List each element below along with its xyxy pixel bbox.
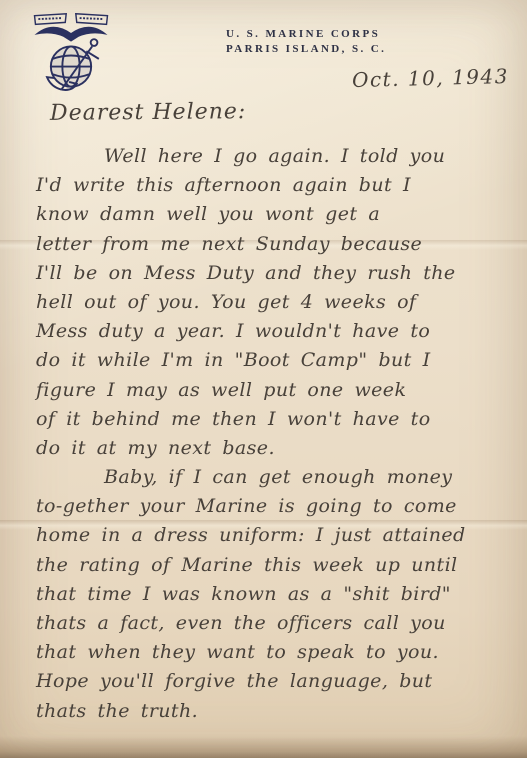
- usmc-eagle-globe-anchor-icon: [22, 8, 120, 104]
- letterhead: U. S. MARINE CORPS PARRIS ISLAND, S. C.: [226, 27, 386, 57]
- org-location: PARRIS ISLAND, S. C.: [226, 42, 386, 57]
- handwritten-line: do it at my next base.: [36, 434, 504, 463]
- org-name: U. S. MARINE CORPS: [226, 27, 386, 42]
- paragraph-2: Baby, if I can get enough money to-gethe…: [36, 463, 504, 726]
- handwritten-line: that when they want to speak to you.: [36, 638, 504, 667]
- handwritten-line: I'll be on Mess Duty and they rush the: [36, 259, 504, 288]
- handwritten-line: to-gether your Marine is going to come: [36, 492, 504, 521]
- handwritten-line: Mess duty a year. I wouldn't have to: [36, 317, 504, 346]
- handwritten-line: I'd write this afternoon again but I: [36, 171, 504, 200]
- handwritten-line: the rating of Marine this week up until: [36, 551, 504, 580]
- handwritten-line: that time I was known as a "shit bird": [36, 580, 504, 609]
- handwritten-line: letter from me next Sunday because: [36, 230, 504, 259]
- handwritten-line: Hope you'll forgive the language, but: [36, 667, 504, 696]
- handwritten-line: of it behind me then I won't have to: [36, 405, 504, 434]
- handwritten-line: know damn well you wont get a: [36, 200, 504, 229]
- handwritten-line: Baby, if I can get enough money: [36, 463, 504, 492]
- handwritten-line: figure I may as well put one week: [36, 376, 504, 405]
- letter-page: U. S. MARINE CORPS PARRIS ISLAND, S. C. …: [0, 0, 527, 758]
- letter-body: Well here I go again. I told you I'd wri…: [36, 142, 504, 726]
- handwritten-line: home in a dress uniform: I just attained: [36, 521, 504, 550]
- handwritten-line: hell out of you. You get 4 weeks of: [36, 288, 504, 317]
- handwritten-line: thats a fact, even the officers call you: [36, 609, 504, 638]
- paragraph-1: Well here I go again. I told you I'd wri…: [36, 142, 504, 463]
- date-line: Oct. 10, 1943: [352, 64, 509, 92]
- handwritten-line: do it while I'm in "Boot Camp" but I: [36, 346, 504, 375]
- handwritten-line: thats the truth.: [36, 697, 504, 726]
- paper-bottom-shadow: [0, 736, 527, 758]
- handwritten-line: Well here I go again. I told you: [36, 142, 504, 171]
- salutation: Dearest Helene:: [50, 99, 247, 126]
